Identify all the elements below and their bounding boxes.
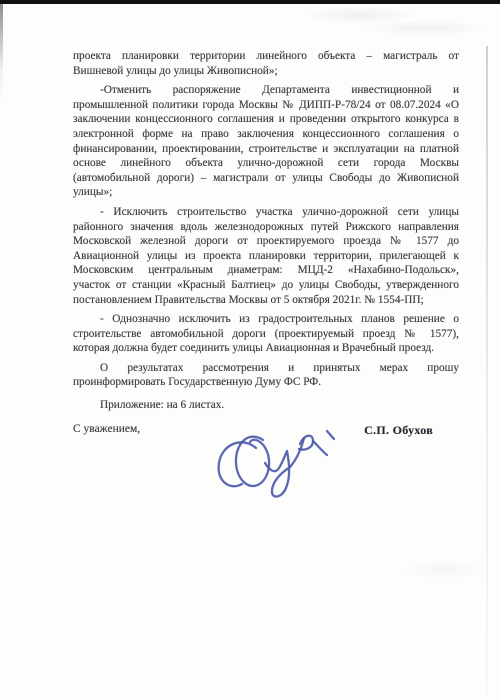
letter-paragraph: - Исключить строительство участка улично…	[73, 205, 459, 307]
letter-text-line: электронной форме на право заключения ко…	[73, 127, 459, 142]
letter-text-line: Московским центральным диаметрам: МЦД-2 …	[73, 263, 459, 278]
letter-text-line: Приложение: на 6 листах.	[73, 398, 459, 413]
letter-paragraph: Приложение: на 6 листах.	[73, 398, 459, 413]
scan-artifact-smudge	[360, 20, 490, 36]
letter-text-line: - Исключить строительство участка улично…	[73, 205, 459, 220]
letter-text-line: улицы»;	[73, 185, 459, 200]
letter-paragraph: О результатах рассмотрения и принятых ме…	[73, 361, 459, 390]
letter-text-line: Вишневой улицы до улицы Живописной»;	[73, 64, 459, 79]
letter-text-line: строительстве автомобильной дороги (прое…	[73, 327, 459, 342]
letter-paragraph: -Отменить распоряжение Департамента инве…	[73, 83, 459, 200]
letter-text-line: Московской железной дороги от проектируе…	[73, 234, 459, 249]
letter-text-line: промышленной политики города Москвы № ДИ…	[73, 98, 459, 113]
scanned-letter-page: проекта планировки территории линейного …	[0, 0, 500, 700]
letter-paragraph: проекта планировки территории линейного …	[73, 49, 459, 78]
closing-salutation: С уважением,	[73, 423, 140, 435]
scan-artifact-top-edge	[0, 0, 500, 4]
letter-body: проекта планировки территории линейного …	[73, 49, 459, 413]
letter-text-line: основе линейного объекта улично-дорожной…	[73, 156, 459, 171]
letter-text-line: проекта планировки территории линейного …	[73, 49, 459, 64]
scan-artifact-smudge	[400, 560, 490, 580]
letter-text-line: -Отменить распоряжение Департамента инве…	[73, 83, 459, 98]
letter-text-line: (автомобильной дороги) – магистрали от у…	[73, 171, 459, 186]
scan-artifact-left-edge	[0, 4, 3, 104]
letter-text-line: заключении концессионного соглашения и п…	[73, 112, 459, 127]
letter-text-line: Авиационной улицы из проекта планировки …	[73, 249, 459, 264]
letter-text-line: О результатах рассмотрения и принятых ме…	[73, 361, 459, 376]
letter-text-line: проинформировать Государственную Думу ФС…	[73, 375, 459, 390]
letter-text-line: постановлением Правительства Москвы от 5…	[73, 293, 459, 308]
signer-name: С.П. Обухов	[364, 423, 433, 438]
scan-artifact-right-fold-line	[486, 46, 488, 696]
letter-paragraph: - Однозначно исключить из градостроитель…	[73, 312, 459, 356]
letter-text-line: финансировании, проектировании, строител…	[73, 142, 459, 157]
letter-text-line: районного значения вдоль железнодорожных…	[73, 220, 459, 235]
letter-text-line: - Однозначно исключить из градостроитель…	[73, 312, 459, 327]
handwritten-signature	[208, 418, 340, 510]
letter-text-line: которая должна будет соединить улицы Ави…	[73, 341, 459, 356]
letter-text-line: участок от станции «Красный Балтиец» до …	[73, 278, 459, 293]
